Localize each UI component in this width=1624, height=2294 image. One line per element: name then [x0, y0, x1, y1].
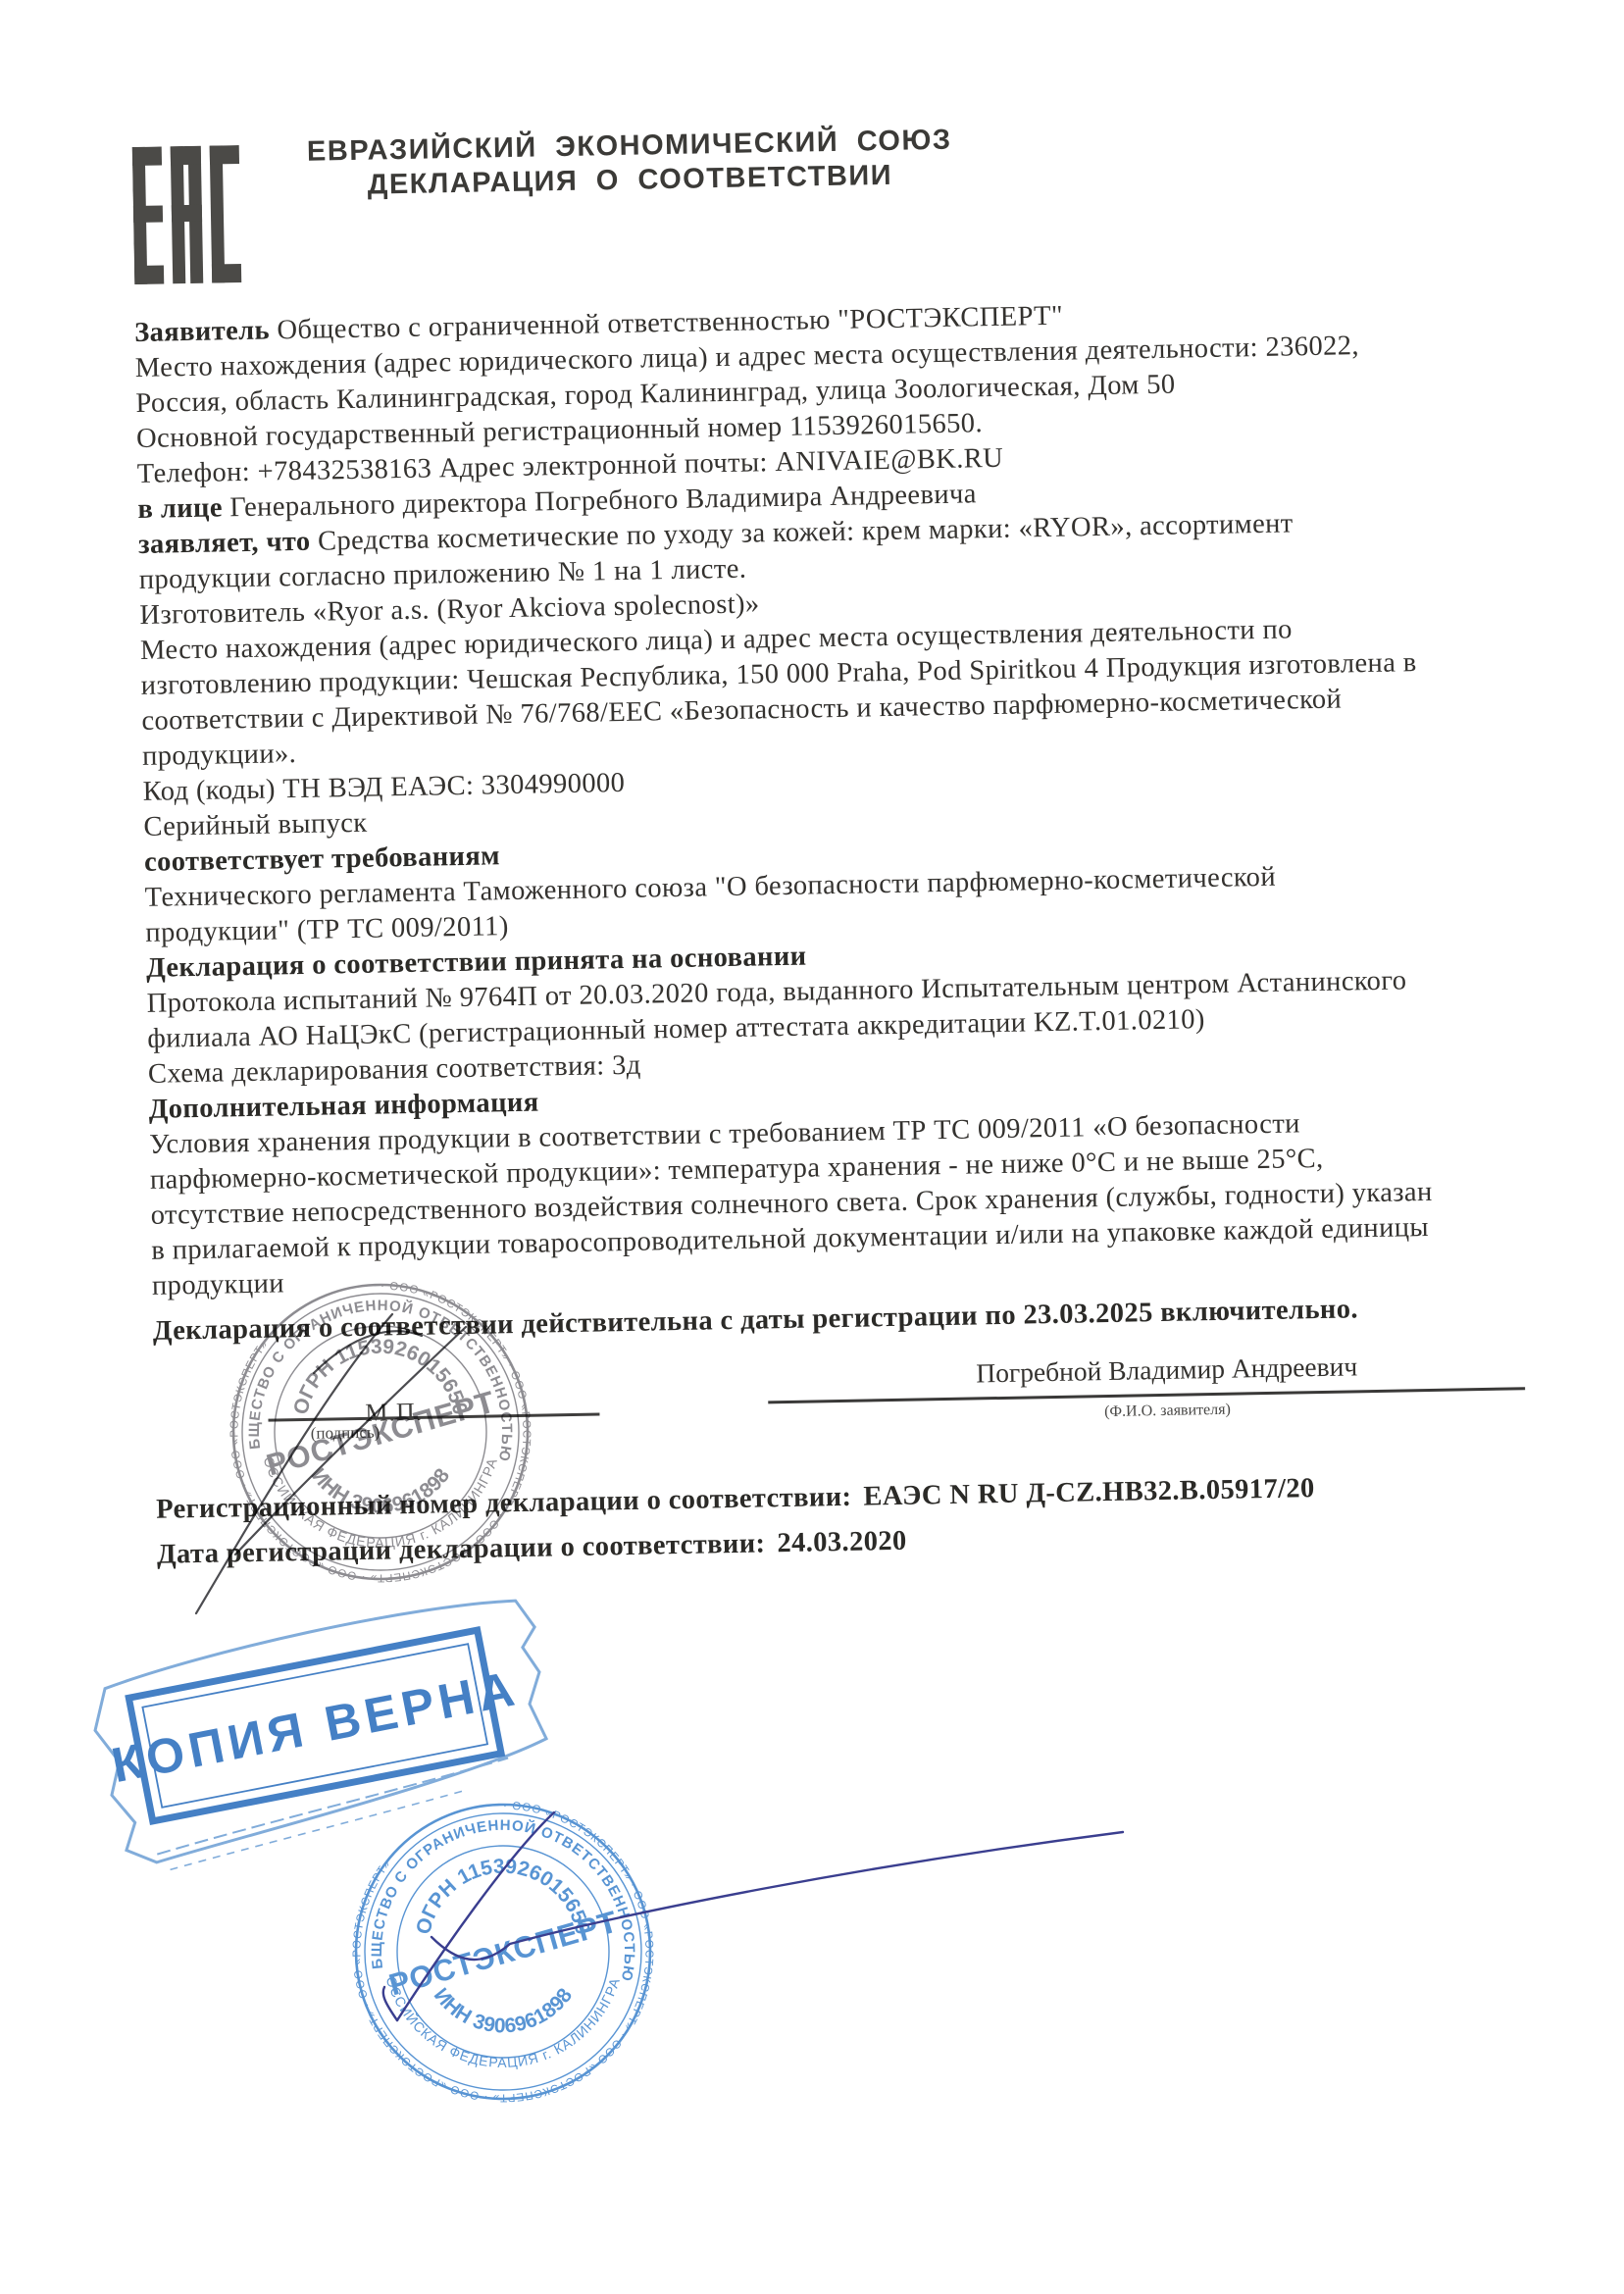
- applicant-name-line: [768, 1387, 1525, 1403]
- body-lines: Заявитель Общество с ограниченной ответс…: [134, 289, 1584, 1304]
- registration-date-value: 24.03.2020: [777, 1526, 907, 1558]
- applicant-name: Погребной Владимир Андреевич: [921, 1350, 1412, 1390]
- document-title: ЕВРАЗИЙСКИЙ ЭКОНОМИЧЕСКИЙ СОЮЗ ДЕКЛАРАЦИ…: [242, 122, 1018, 204]
- signature-scrawl-blue: [363, 1795, 1138, 2089]
- registration-number-value: ЕАЭС N RU Д-CZ.НВ32.В.05917/20: [863, 1473, 1315, 1511]
- eac-logo-icon: [132, 145, 243, 288]
- declaration-document: ЕВРАЗИЙСКИЙ ЭКОНОМИЧЕСКИЙ СОЮЗ ДЕКЛАРАЦИ…: [0, 0, 1624, 2294]
- applicant-name-caption: (Ф.И.О. заявителя): [1030, 1400, 1304, 1422]
